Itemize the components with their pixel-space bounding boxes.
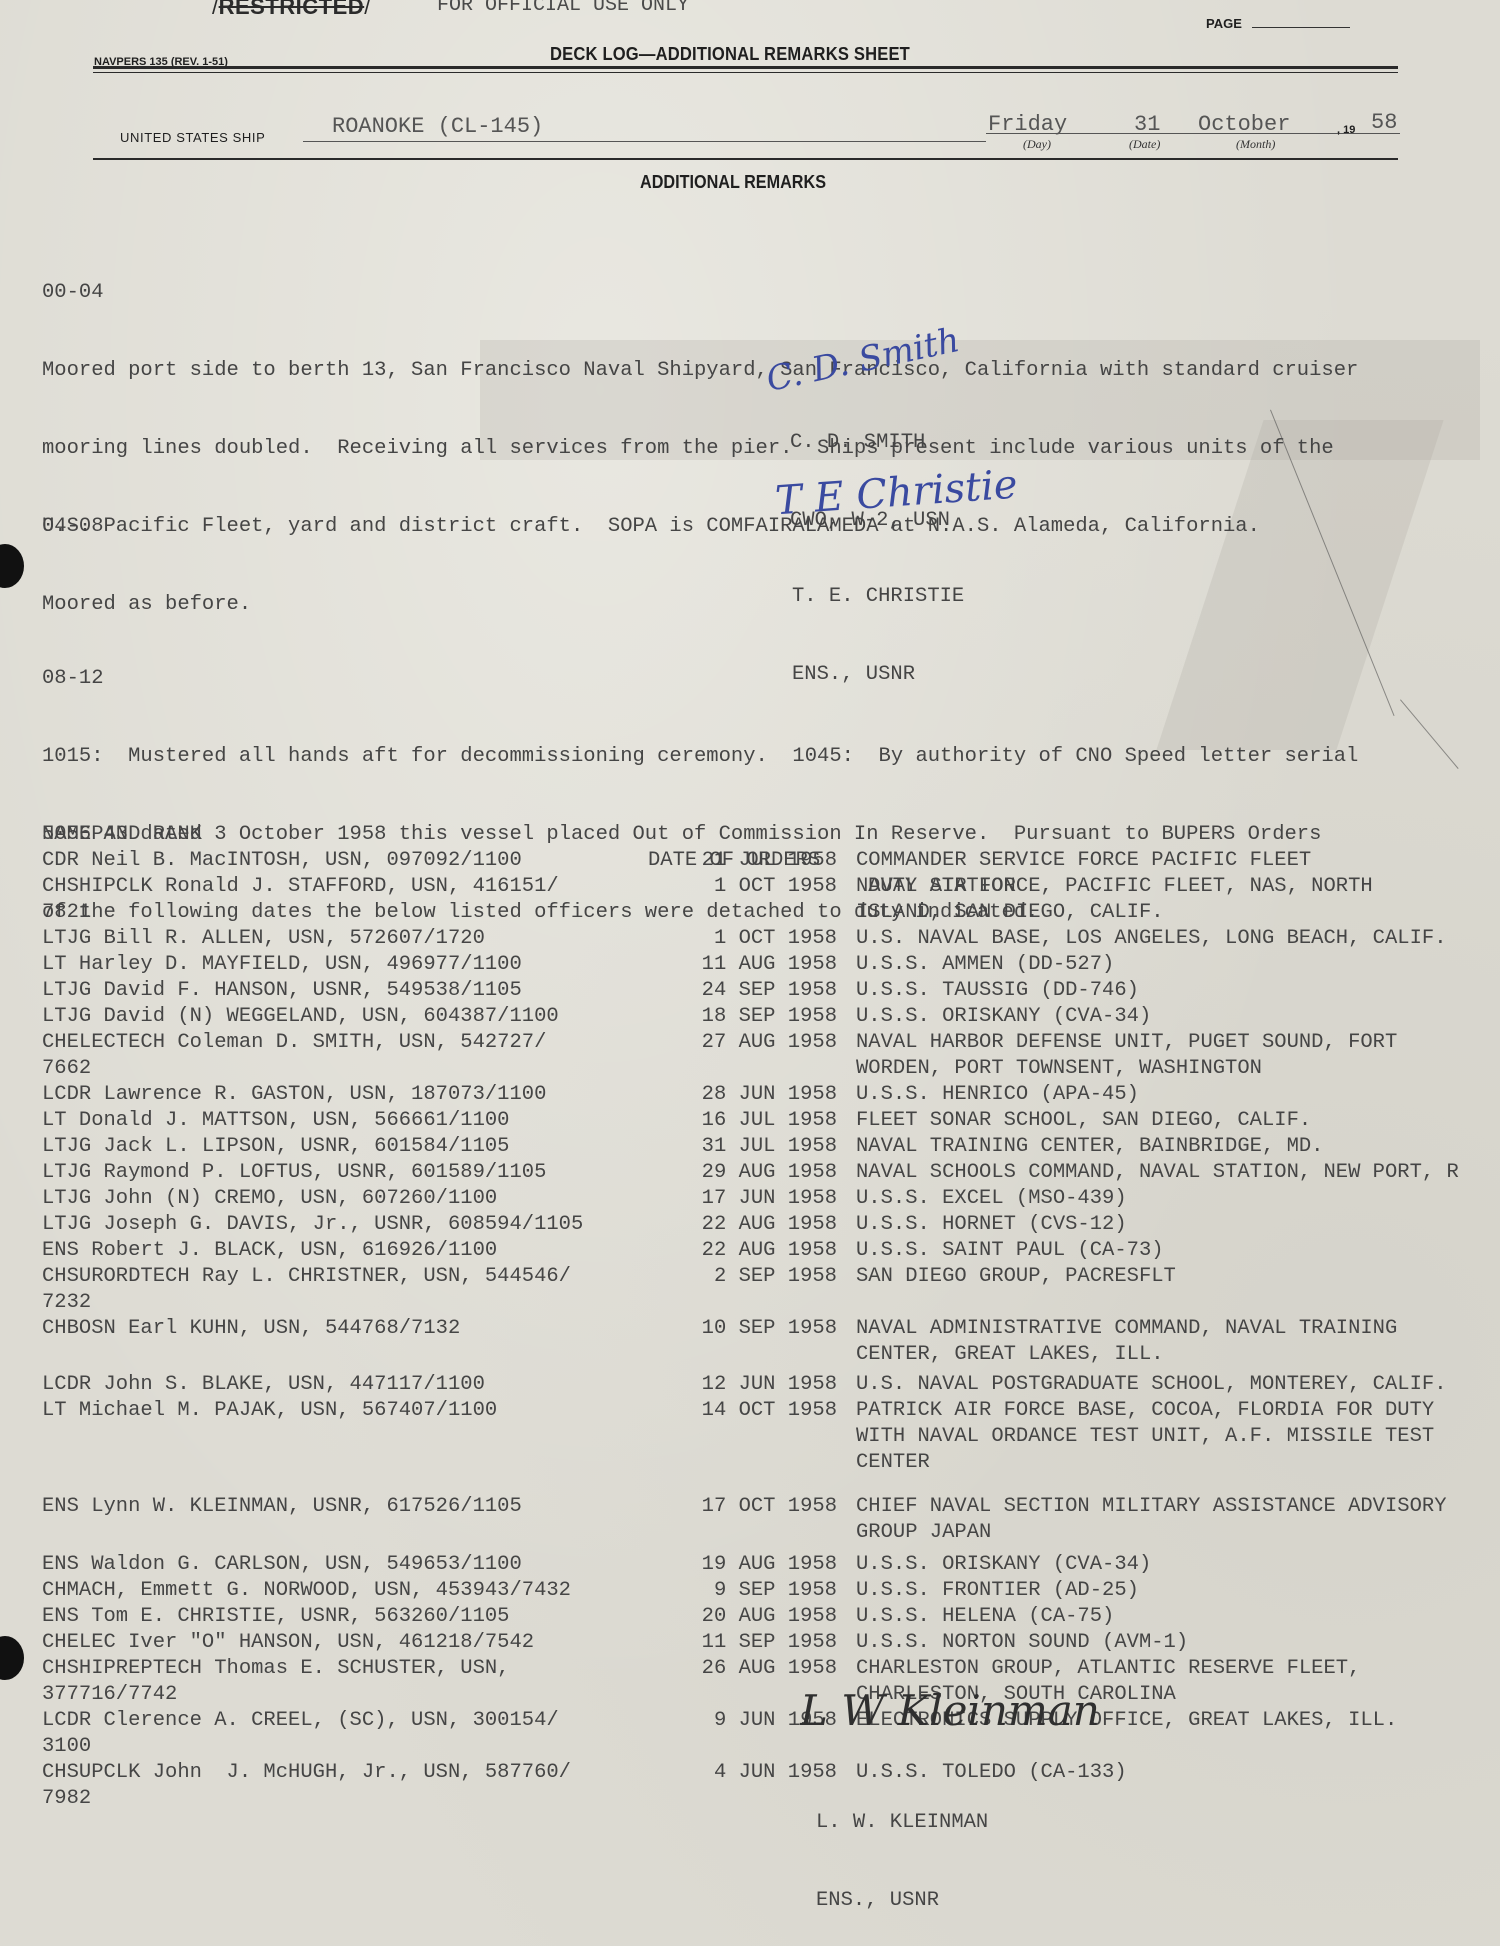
watch-time: 08-12 <box>42 666 1358 692</box>
table-row: CHSHIPCLK Ronald J. STAFFORD, USN, 41615… <box>42 874 91 926</box>
officer-name-rank: LTJG Bill R. ALLEN, USN, 572607/1720 <box>42 926 652 952</box>
table-header: NAME AND RANK DATE OF ORDERS DUTY STATIO… <box>42 770 91 796</box>
day-caption: (Day) <box>1023 137 1051 152</box>
name-line: LT Harley D. MAYFIELD, USN, 496977/1100 <box>42 952 652 978</box>
officer-name-rank: LT Harley D. MAYFIELD, USN, 496977/1100 <box>42 952 652 978</box>
duty-line: U.S.S. EXCEL (MSO-439) <box>856 1186 1500 1212</box>
signature-kleinman: L W Kleinman <box>800 1686 1100 1735</box>
date-of-orders: 18 SEP 1958 <box>642 1004 837 1030</box>
officer-rank: ENS., USNR <box>816 1888 988 1914</box>
officer-name-rank: CHSUPCLK John J. McHUGH, Jr., USN, 58776… <box>42 1760 652 1812</box>
duty-station: U.S.S. HENRICO (APA-45) <box>856 1082 1500 1108</box>
officer-name-rank: LT Michael M. PAJAK, USN, 567407/1100 <box>42 1398 652 1424</box>
officer-name-rank: LCDR John S. BLAKE, USN, 447117/1100 <box>42 1372 652 1398</box>
table-row: LCDR Lawrence R. GASTON, USN, 187073/110… <box>42 1082 91 1108</box>
name-line: LTJG Jack L. LIPSON, USNR, 601584/1105 <box>42 1134 652 1160</box>
name-line: LCDR Clerence A. CREEL, (SC), USN, 30015… <box>42 1708 652 1734</box>
duty-line: SAN DIEGO GROUP, PACRESFLT <box>856 1264 1500 1290</box>
duty-line: FLEET SONAR SCHOOL, SAN DIEGO, CALIF. <box>856 1108 1500 1134</box>
table-row: LTJG Bill R. ALLEN, USN, 572607/17201 OC… <box>42 926 91 952</box>
date-of-orders: 17 OCT 1958 <box>642 1494 837 1520</box>
duty-line: CENTER <box>856 1450 1500 1476</box>
officer-name-rank: ENS Waldon G. CARLSON, USN, 549653/1100 <box>42 1552 652 1578</box>
name-line: LT Donald J. MATTSON, USN, 566661/1100 <box>42 1108 652 1134</box>
officer-name-rank: ENS Robert J. BLACK, USN, 616926/1100 <box>42 1238 652 1264</box>
name-line: CHSURORDTECH Ray L. CHRISTNER, USN, 5445… <box>42 1264 652 1290</box>
duty-line: NAVAL AIR FORCE, PACIFIC FLEET, NAS, NOR… <box>856 874 1500 900</box>
officer-name: C. D. SMITH <box>790 430 950 456</box>
duty-line: U.S.S. FRONTIER (AD-25) <box>856 1578 1500 1604</box>
date-of-orders: 21 JUL 1958 <box>642 848 837 874</box>
ship-field-line <box>303 141 986 142</box>
officer-name-rank: LTJG David F. HANSON, USNR, 549538/1105 <box>42 978 652 1004</box>
name-line: ENS Robert J. BLACK, USN, 616926/1100 <box>42 1238 652 1264</box>
table-body: CDR Neil B. MacINTOSH, USN, 097092/11002… <box>42 848 91 1812</box>
column-header-name: NAME AND RANK <box>42 822 652 848</box>
duty-line: COMMANDER SERVICE FORCE PACIFIC FLEET <box>856 848 1500 874</box>
duty-station: U.S.S. ORISKANY (CVA-34) <box>856 1004 1500 1030</box>
duty-station: U.S.S. AMMEN (DD-527) <box>856 952 1500 978</box>
officer-name-rank: CHSHIPCLK Ronald J. STAFFORD, USN, 41615… <box>42 874 652 926</box>
duty-line: U.S.S. ORISKANY (CVA-34) <box>856 1004 1500 1030</box>
table-row: LT Donald J. MATTSON, USN, 566661/110016… <box>42 1108 91 1134</box>
table-row: ENS Lynn W. KLEINMAN, USNR, 617526/11051… <box>42 1494 91 1552</box>
table-row: CHSHIPREPTECH Thomas E. SCHUSTER, USN,37… <box>42 1656 91 1708</box>
section-title: ADDITIONAL REMARKS <box>640 172 826 193</box>
name-line: CHSHIPREPTECH Thomas E. SCHUSTER, USN, <box>42 1656 652 1682</box>
date-of-orders: 20 AUG 1958 <box>642 1604 837 1630</box>
name-line: LTJG Bill R. ALLEN, USN, 572607/1720 <box>42 926 652 952</box>
date-of-orders: 22 AUG 1958 <box>642 1212 837 1238</box>
duty-line: GROUP JAPAN <box>856 1520 1500 1546</box>
name-line: ENS Tom E. CHRISTIE, USNR, 563260/1105 <box>42 1604 652 1630</box>
watch-time: 00-04 <box>42 280 1358 306</box>
officer-name-rank: CHMACH, Emmett G. NORWOOD, USN, 453943/7… <box>42 1578 652 1604</box>
officer-name-rank: LTJG Raymond P. LOFTUS, USNR, 601589/110… <box>42 1160 652 1186</box>
officer-name-rank: LCDR Lawrence R. GASTON, USN, 187073/110… <box>42 1082 652 1108</box>
name-line: 7982 <box>42 1786 652 1812</box>
date-of-orders: 9 SEP 1958 <box>642 1578 837 1604</box>
duty-station: FLEET SONAR SCHOOL, SAN DIEGO, CALIF. <box>856 1108 1500 1134</box>
date-of-orders: 1 OCT 1958 <box>642 926 837 952</box>
duty-line: NAVAL ADMINISTRATIVE COMMAND, NAVAL TRAI… <box>856 1316 1500 1342</box>
date-of-orders: 2 SEP 1958 <box>642 1264 837 1290</box>
name-line: LTJG David F. HANSON, USNR, 549538/1105 <box>42 978 652 1004</box>
table-row: ENS Robert J. BLACK, USN, 616926/110022 … <box>42 1238 91 1264</box>
duty-station: CHIEF NAVAL SECTION MILITARY ASSISTANCE … <box>856 1494 1500 1546</box>
officer-name-rank: LTJG Joseph G. DAVIS, Jr., USNR, 608594/… <box>42 1212 652 1238</box>
date-of-orders: 1 OCT 1958 <box>642 874 837 900</box>
duty-station: NAVAL SCHOOLS COMMAND, NAVAL STATION, NE… <box>856 1160 1500 1186</box>
page-field[interactable] <box>1252 27 1350 28</box>
officer-name-rank: CDR Neil B. MacINTOSH, USN, 097092/1100 <box>42 848 652 874</box>
duty-line: U.S.S. AMMEN (DD-527) <box>856 952 1500 978</box>
year-value: 58 <box>1371 110 1397 136</box>
name-line: CHBOSN Earl KUHN, USN, 544768/7132 <box>42 1316 652 1342</box>
officer-name-rank: ENS Tom E. CHRISTIE, USNR, 563260/1105 <box>42 1604 652 1630</box>
officer-name-rank: CHELEC Iver "O" HANSON, USN, 461218/7542 <box>42 1630 652 1656</box>
officer-name-rank: CHSURORDTECH Ray L. CHRISTNER, USN, 5445… <box>42 1264 652 1316</box>
name-line: ENS Waldon G. CARLSON, USN, 549653/1100 <box>42 1552 652 1578</box>
duty-station: U.S.S. HORNET (CVS-12) <box>856 1212 1500 1238</box>
duty-line: NAVAL TRAINING CENTER, BAINBRIDGE, MD. <box>856 1134 1500 1160</box>
date-value: 31 <box>1134 112 1160 138</box>
name-line: 7662 <box>42 1056 652 1082</box>
date-of-orders: 19 AUG 1958 <box>642 1552 837 1578</box>
duty-line: U.S.S. ORISKANY (CVA-34) <box>856 1552 1500 1578</box>
duty-line: U.S.S. HORNET (CVS-12) <box>856 1212 1500 1238</box>
restricted-stamp: /RESTRICTED/ <box>212 0 371 20</box>
name-line: CDR Neil B. MacINTOSH, USN, 097092/1100 <box>42 848 652 874</box>
date-of-orders: 17 JUN 1958 <box>642 1186 837 1212</box>
date-of-orders: 28 JUN 1958 <box>642 1082 837 1108</box>
name-line: CHELEC Iver "O" HANSON, USN, 461218/7542 <box>42 1630 652 1656</box>
date-of-orders: 12 JUN 1958 <box>642 1372 837 1398</box>
duty-line: U.S.S. HELENA (CA-75) <box>856 1604 1500 1630</box>
duty-line: WORDEN, PORT TOWNSENT, WASHINGTON <box>856 1056 1500 1082</box>
date-caption: (Date) <box>1129 137 1160 152</box>
duty-line: NAVAL HARBOR DEFENSE UNIT, PUGET SOUND, … <box>856 1030 1500 1056</box>
duty-station: NAVAL TRAINING CENTER, BAINBRIDGE, MD. <box>856 1134 1500 1160</box>
duty-station: NAVAL ADMINISTRATIVE COMMAND, NAVAL TRAI… <box>856 1316 1500 1368</box>
table-row: LCDR John S. BLAKE, USN, 447117/110012 J… <box>42 1372 91 1398</box>
header-rule <box>93 66 1398 73</box>
date-of-orders: 29 AUG 1958 <box>642 1160 837 1186</box>
officer-name-rank: LCDR Clerence A. CREEL, (SC), USN, 30015… <box>42 1708 652 1760</box>
date-of-orders: 24 SEP 1958 <box>642 978 837 1004</box>
name-line: LTJG Raymond P. LOFTUS, USNR, 601589/110… <box>42 1160 652 1186</box>
duty-station: U.S.S. EXCEL (MSO-439) <box>856 1186 1500 1212</box>
table-row: CHELEC Iver "O" HANSON, USN, 461218/7542… <box>42 1630 91 1656</box>
table-row: CHSURORDTECH Ray L. CHRISTNER, USN, 5445… <box>42 1264 91 1316</box>
duty-station: COMMANDER SERVICE FORCE PACIFIC FLEET <box>856 848 1500 874</box>
date-of-orders: 14 OCT 1958 <box>642 1398 837 1424</box>
officer-name-rank: CHBOSN Earl KUHN, USN, 544768/7132 <box>42 1316 652 1342</box>
header-rule <box>93 158 1398 160</box>
officer-name-rank: CHELECTECH Coleman D. SMITH, USN, 542727… <box>42 1030 652 1082</box>
name-line: LTJG John (N) CREMO, USN, 607260/1100 <box>42 1186 652 1212</box>
form-title: DECK LOG—ADDITIONAL REMARKS SHEET <box>550 44 910 65</box>
duty-line: ISLAND, SAN DIEGO, CALIF. <box>856 900 1500 926</box>
duty-line: CHARLESTON GROUP, ATLANTIC RESERVE FLEET… <box>856 1656 1500 1682</box>
month-value: October <box>1198 112 1290 138</box>
name-line: CHSUPCLK John J. McHUGH, Jr., USN, 58776… <box>42 1760 652 1786</box>
date-of-orders: 22 AUG 1958 <box>642 1238 837 1264</box>
table-row: LTJG Raymond P. LOFTUS, USNR, 601589/110… <box>42 1160 91 1186</box>
duty-station: U.S.S. SAINT PAUL (CA-73) <box>856 1238 1500 1264</box>
duty-station: U.S. NAVAL POSTGRADUATE SCHOOL, MONTEREY… <box>856 1372 1500 1398</box>
punch-hole <box>0 544 24 588</box>
duty-station: U.S.S. NORTON SOUND (AVM-1) <box>856 1630 1500 1656</box>
duty-station: PATRICK AIR FORCE BASE, COCOA, FLORDIA F… <box>856 1398 1500 1476</box>
table-row: LT Harley D. MAYFIELD, USN, 496977/11001… <box>42 952 91 978</box>
name-line: CHELECTECH Coleman D. SMITH, USN, 542727… <box>42 1030 652 1056</box>
duty-line: U.S. NAVAL POSTGRADUATE SCHOOL, MONTEREY… <box>856 1372 1500 1398</box>
table-row: CDR Neil B. MacINTOSH, USN, 097092/11002… <box>42 848 91 874</box>
duty-station: NAVAL HARBOR DEFENSE UNIT, PUGET SOUND, … <box>856 1030 1500 1082</box>
duty-line: PATRICK AIR FORCE BASE, COCOA, FLORDIA F… <box>856 1398 1500 1424</box>
duty-line: U.S.S. TAUSSIG (DD-746) <box>856 978 1500 1004</box>
name-line: LCDR Lawrence R. GASTON, USN, 187073/110… <box>42 1082 652 1108</box>
duty-station: U.S.S. TAUSSIG (DD-746) <box>856 978 1500 1004</box>
duty-line: U.S.S. SAINT PAUL (CA-73) <box>856 1238 1500 1264</box>
table-row: ENS Tom E. CHRISTIE, USNR, 563260/110520… <box>42 1604 91 1630</box>
duty-line: U.S.S. NORTON SOUND (AVM-1) <box>856 1630 1500 1656</box>
table-row: LTJG David F. HANSON, USNR, 549538/11052… <box>42 978 91 1004</box>
officer-name: T. E. CHRISTIE <box>792 584 964 610</box>
remark-line: mooring lines doubled. Receiving all ser… <box>42 436 1358 462</box>
page-label: PAGE <box>1206 16 1242 31</box>
date-of-orders: 27 AUG 1958 <box>642 1030 837 1056</box>
officer-name: L. W. KLEINMAN <box>816 1810 988 1836</box>
duty-station: U.S.S. HELENA (CA-75) <box>856 1604 1500 1630</box>
name-line: LTJG David (N) WEGGELAND, USN, 604387/11… <box>42 1004 652 1030</box>
day-value: Friday <box>988 112 1067 138</box>
date-of-orders: 10 SEP 1958 <box>642 1316 837 1342</box>
name-line: CHMACH, Emmett G. NORWOOD, USN, 453943/7… <box>42 1578 652 1604</box>
date-of-orders: 31 JUL 1958 <box>642 1134 837 1160</box>
officer-name-rank: ENS Lynn W. KLEINMAN, USNR, 617526/1105 <box>42 1494 652 1520</box>
table-row: ENS Waldon G. CARLSON, USN, 549653/11001… <box>42 1552 91 1578</box>
table-row: CHMACH, Emmett G. NORWOOD, USN, 453943/7… <box>42 1578 91 1604</box>
duty-station: U.S. NAVAL BASE, LOS ANGELES, LONG BEACH… <box>856 926 1500 952</box>
date-of-orders: 11 SEP 1958 <box>642 1630 837 1656</box>
table-row: LTJG Joseph G. DAVIS, Jr., USNR, 608594/… <box>42 1212 91 1238</box>
name-line: 7232 <box>42 1290 652 1316</box>
duty-station: NAVAL AIR FORCE, PACIFIC FLEET, NAS, NOR… <box>856 874 1500 926</box>
duty-station: U.S.S. ORISKANY (CVA-34) <box>856 1552 1500 1578</box>
duty-line: WITH NAVAL ORDANCE TEST UNIT, A.F. MISSI… <box>856 1424 1500 1450</box>
duty-line: U.S. NAVAL BASE, LOS ANGELES, LONG BEACH… <box>856 926 1500 952</box>
officer-table: NAME AND RANK DATE OF ORDERS DUTY STATIO… <box>42 718 91 1838</box>
name-line: 3100 <box>42 1734 652 1760</box>
watch-time: 04-08 <box>42 514 251 540</box>
punch-hole <box>0 1636 24 1680</box>
name-line: LT Michael M. PAJAK, USN, 567407/1100 <box>42 1398 652 1424</box>
officer-name-rank: LTJG Jack L. LIPSON, USNR, 601584/1105 <box>42 1134 652 1160</box>
table-row: LTJG David (N) WEGGELAND, USN, 604387/11… <box>42 1004 91 1030</box>
paper-crease <box>1400 699 1459 769</box>
date-of-orders: 11 AUG 1958 <box>642 952 837 978</box>
table-row: CHSUPCLK John J. McHUGH, Jr., USN, 58776… <box>42 1760 91 1812</box>
name-line: 7821 <box>42 900 652 926</box>
duty-station: SAN DIEGO GROUP, PACRESFLT <box>856 1264 1500 1290</box>
duty-line: CHIEF NAVAL SECTION MILITARY ASSISTANCE … <box>856 1494 1500 1520</box>
duty-line: NAVAL SCHOOLS COMMAND, NAVAL STATION, NE… <box>856 1160 1500 1186</box>
duty-station: U.S.S. FRONTIER (AD-25) <box>856 1578 1500 1604</box>
officer-name-rank: LT Donald J. MATTSON, USN, 566661/1100 <box>42 1108 652 1134</box>
name-line: 377716/7742 <box>42 1682 652 1708</box>
name-line: LTJG Joseph G. DAVIS, Jr., USNR, 608594/… <box>42 1212 652 1238</box>
name-line: CHSHIPCLK Ronald J. STAFFORD, USN, 41615… <box>42 874 652 900</box>
table-row: CHELECTECH Coleman D. SMITH, USN, 542727… <box>42 1030 91 1082</box>
month-caption: (Month) <box>1236 137 1275 152</box>
table-row: CHBOSN Earl KUHN, USN, 544768/713210 SEP… <box>42 1316 91 1372</box>
officer-block-kleinman: L. W. KLEINMAN ENS., USNR <box>816 1758 988 1940</box>
ship-label: UNITED STATES SHIP <box>120 130 265 145</box>
officer-name-rank: LTJG David (N) WEGGELAND, USN, 604387/11… <box>42 1004 652 1030</box>
table-row: LCDR Clerence A. CREEL, (SC), USN, 30015… <box>42 1708 91 1760</box>
remark-line: Moored port side to berth 13, San Franci… <box>42 358 1358 384</box>
table-row: LTJG John (N) CREMO, USN, 607260/110017 … <box>42 1186 91 1212</box>
table-row: LT Michael M. PAJAK, USN, 567407/110014 … <box>42 1398 91 1494</box>
remark-line: 1015: Mustered all hands aft for decommi… <box>42 744 1358 770</box>
ship-value: ROANOKE (CL-145) <box>332 114 543 140</box>
year-prefix: , 19 <box>1337 124 1355 136</box>
table-row: LTJG Jack L. LIPSON, USNR, 601584/110531… <box>42 1134 91 1160</box>
name-line: LCDR John S. BLAKE, USN, 447117/1100 <box>42 1372 652 1398</box>
duty-line: U.S.S. HENRICO (APA-45) <box>856 1082 1500 1108</box>
official-use-label: FOR OFFICIAL USE ONLY <box>437 0 689 19</box>
officer-name-rank: LTJG John (N) CREMO, USN, 607260/1100 <box>42 1186 652 1212</box>
name-line: ENS Lynn W. KLEINMAN, USNR, 617526/1105 <box>42 1494 652 1520</box>
date-of-orders: 4 JUN 1958 <box>642 1760 837 1786</box>
date-of-orders: 26 AUG 1958 <box>642 1656 837 1682</box>
officer-name-rank: CHSHIPREPTECH Thomas E. SCHUSTER, USN,37… <box>42 1656 652 1708</box>
date-of-orders: 16 JUL 1958 <box>642 1108 837 1134</box>
duty-line: CENTER, GREAT LAKES, ILL. <box>856 1342 1500 1368</box>
